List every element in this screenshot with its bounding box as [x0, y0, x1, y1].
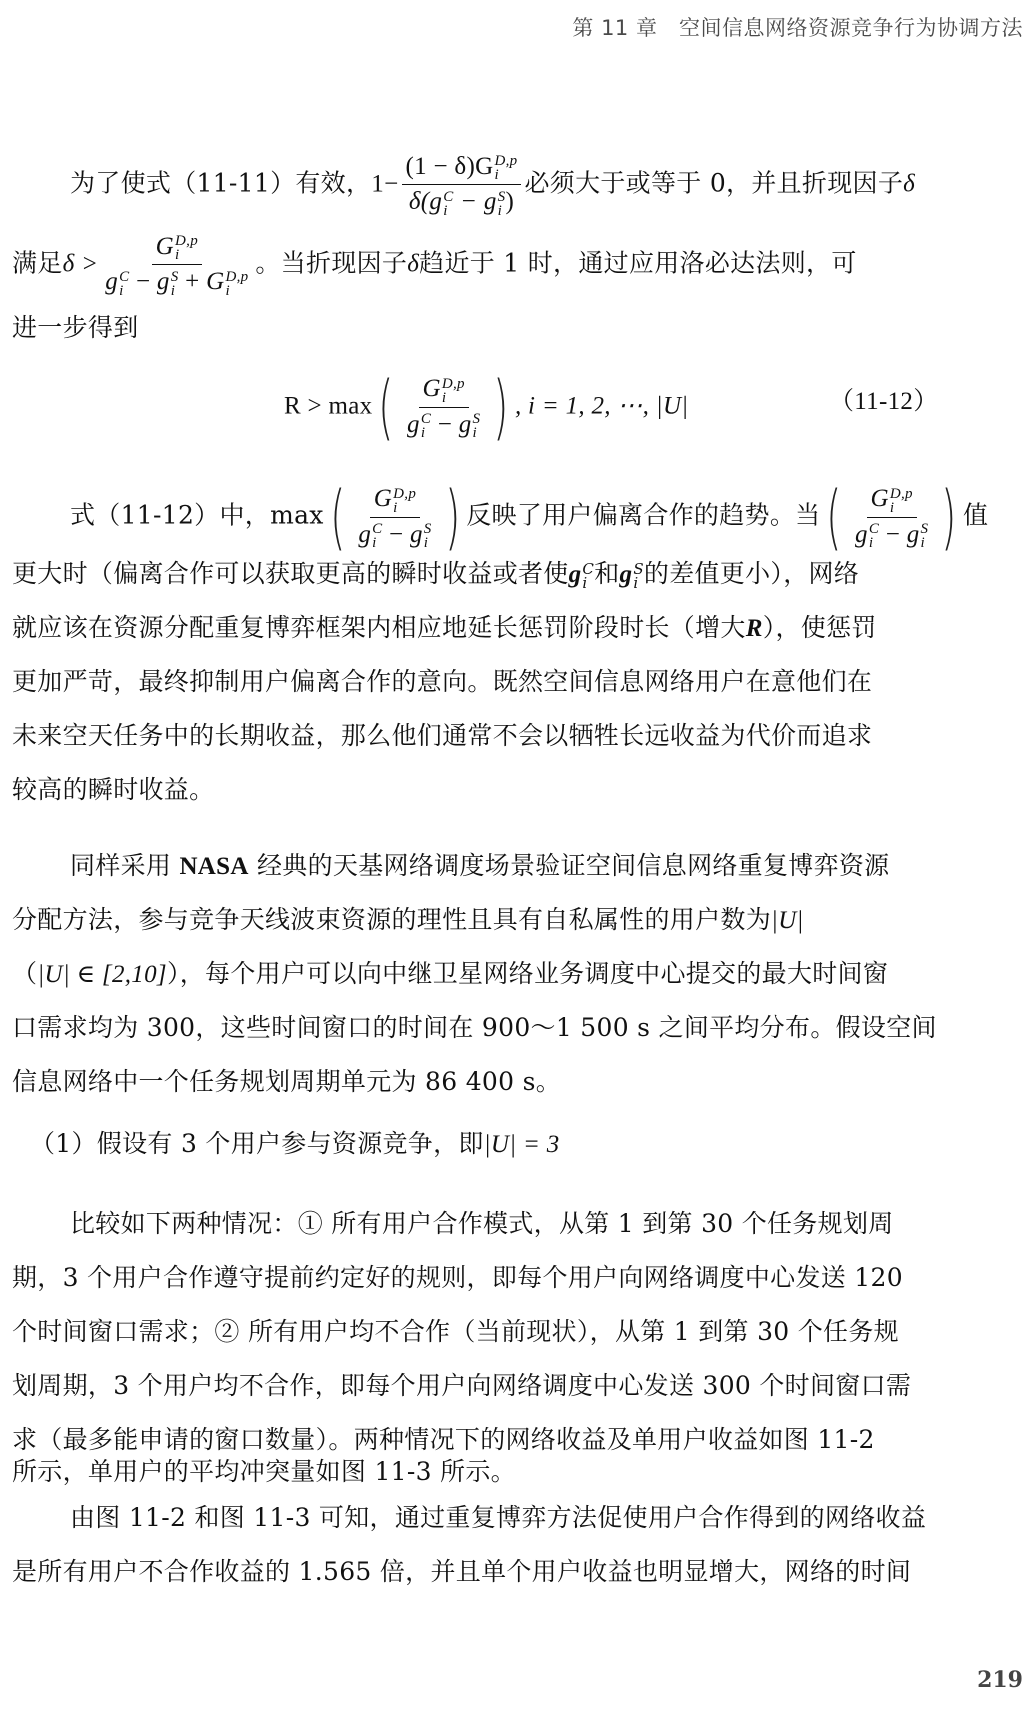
list-item-1: （1）假设有 3 个用户参与资源竞争，即|U| = 3 — [30, 1128, 1021, 1161]
sub: i — [372, 536, 382, 550]
g: g — [157, 268, 170, 295]
chapter-number: 第 11 章 — [572, 16, 657, 40]
sub: i — [443, 204, 453, 218]
G: G — [374, 485, 392, 512]
sup: S — [171, 270, 179, 284]
plus: + — [185, 268, 199, 295]
math-one: 1 — [371, 170, 384, 197]
paragraph-6-line-1: 由图 11-2 和图 11-3 可知，通过重复博弈方法促使用户合作得到的网络收益 — [70, 1502, 1021, 1534]
sub: i — [421, 426, 431, 440]
paragraph-3-line-1: 同样采用 NASA 经典的天基网络调度场景验证空间信息网络重复博弈资源 — [70, 850, 1021, 883]
paragraph-3-line-5: 信息网络中一个任务规划周期单元为 86 400 s。 — [12, 1066, 1021, 1098]
frac-den-close: ) — [505, 188, 514, 215]
text: 同样采用 — [70, 851, 171, 880]
sub: i — [119, 284, 129, 298]
text: 为了使式（11-11）有效， — [70, 168, 371, 197]
paragraph-3-line-4: 口需求均为 300，这些时间窗口的时间在 900～1 500 s 之间平均分布。… — [12, 1012, 1021, 1044]
chapter-title: 空间信息网络资源竞争行为协调方法 — [679, 16, 1023, 40]
text: 就应该在资源分配重复博弈框架内相应地延长惩罚阶段时长（增大 — [12, 613, 746, 642]
g: g — [620, 561, 633, 588]
frac-den: δ(g — [409, 188, 442, 215]
sub: i — [582, 576, 594, 590]
sub: i — [393, 501, 416, 515]
paragraph-2-line-3: 就应该在资源分配重复博弈框架内相应地延长惩罚阶段时长（增大R），使惩罚 — [12, 612, 1021, 645]
g: g — [358, 521, 371, 548]
text: 。当折现因子 — [255, 248, 407, 277]
minus-sign: − — [384, 170, 398, 197]
fraction-delta-bound: GD,pi gCi − gSi + GD,pi — [101, 232, 252, 298]
math: |U| = 3 — [484, 1131, 560, 1158]
sub: i — [869, 536, 879, 550]
g: g — [855, 521, 868, 548]
sup: C — [869, 522, 879, 536]
paragraph-6-line-2: 是所有用户不合作收益的 1.565 倍，并且单个用户收益也明显增大，网络的时间 — [12, 1556, 1021, 1588]
text: 分配方法，参与竞争天线波束资源的理性且具有自私属性的用户数为 — [12, 905, 771, 934]
paragraph-3-line-2: 分配方法，参与竞争天线波束资源的理性且具有自私属性的用户数为|U| — [12, 904, 1021, 937]
right-paren: ) — [942, 482, 957, 552]
sup: D,p — [175, 234, 198, 248]
paragraph-1-line-2: 满足δ > GD,pi gCi − gSi + GD,pi 。当折现因子δ趋近于… — [12, 232, 1021, 298]
running-header: 第 11 章 空间信息网络资源竞争行为协调方法 — [572, 12, 1023, 42]
R-symbol: R — [746, 615, 763, 642]
paragraph-5-line-4: 划周期，3 个用户均不合作，即每个用户向网络调度中心发送 300 个时间窗口需 — [12, 1370, 1021, 1402]
minus: − — [886, 521, 900, 548]
text: （ — [12, 959, 37, 988]
paragraph-2-line-1: 式（11-12）中，max( GD,pi gCi − gSi )反映了用户偏离合… — [70, 482, 1021, 552]
text: 的差值更小），网络 — [644, 559, 859, 588]
sup: D,p — [890, 487, 913, 501]
paragraph-5-line-5: 求（最多能申请的窗口数量）。两种情况下的网络收益及单用户收益如图 11-2 — [12, 1424, 1021, 1456]
sub: i — [424, 536, 432, 550]
g: g — [407, 411, 420, 438]
sup: S — [473, 412, 481, 426]
paragraph-1-line-3: 进一步得到 — [12, 312, 1021, 344]
paragraph-2-line-6: 较高的瞬时收益。 — [12, 774, 1021, 806]
sub: i — [171, 284, 179, 298]
sub: i — [633, 576, 644, 590]
paragraph-5-line-6: 所示，单用户的平均冲突量如图 11-3 所示。 — [12, 1456, 1021, 1488]
sup: D,p — [494, 154, 517, 168]
G: G — [871, 485, 889, 512]
paragraph-5-line-3: 个时间窗口需求；② 所有用户均不合作（当前现状），从第 1 到第 30 个任务规 — [12, 1316, 1021, 1348]
text: 趋近于 1 时，通过应用洛必达法则，可 — [419, 248, 857, 277]
fraction: GD,pi gCi − gSi — [851, 484, 932, 550]
sup: D,p — [393, 487, 416, 501]
equation-number: （11-12） — [829, 372, 1021, 432]
left-paren: ( — [330, 482, 345, 552]
paragraph-2-line-2: 更大时（偏离合作可以获取更高的瞬时收益或者使gCi和gSi的差值更小），网络 — [12, 558, 1021, 591]
right-paren: ) — [445, 482, 460, 552]
G: G — [156, 233, 174, 260]
text: 式（11-12）中，max — [70, 501, 324, 530]
eq-fraction: GD,pi gCi − gSi — [403, 374, 484, 440]
sub: i — [175, 248, 198, 262]
nasa: NASA — [179, 853, 248, 880]
eq-rhs: , i = 1, 2, ⋯, |U| — [515, 393, 689, 420]
sub: i — [225, 284, 248, 298]
text: 和 — [594, 559, 619, 588]
text: 满足 — [12, 248, 63, 277]
sup: C — [443, 190, 453, 204]
delta-symbol: δ — [903, 170, 915, 197]
g: g — [569, 561, 582, 588]
sub: i — [890, 501, 913, 515]
paragraph-2-line-5: 未来空天任务中的长期收益，那么他们通常不会以牺牲长远收益为代价而追求 — [12, 720, 1021, 752]
sup: S — [424, 522, 432, 536]
g: g — [105, 268, 118, 295]
user-count: |U| — [771, 907, 804, 934]
right-paren: ) — [494, 372, 509, 442]
text: 值 — [963, 501, 988, 530]
text: 反映了用户偏离合作的趋势。当 — [466, 501, 820, 530]
G: G — [423, 375, 441, 402]
text: ），使惩罚 — [763, 613, 877, 642]
g: g — [907, 521, 920, 548]
paragraph-1-line-1: 为了使式（11-11）有效，1− (1 − δ)GD,pi δ(gCi − gS… — [70, 152, 1021, 218]
text: ），每个用户可以向中继卫星网络业务调度中心提交的最大时间窗 — [167, 959, 888, 988]
paragraph-3-line-3: （|U| ∈ [2,10]），每个用户可以向中继卫星网络业务调度中心提交的最大时… — [12, 958, 1021, 991]
g: g — [410, 521, 423, 548]
sup: D,p — [442, 377, 465, 391]
text: 必须大于或等于 0，并且折现因子 — [524, 168, 903, 197]
eq-lhs: R > max — [284, 393, 372, 420]
sup: C — [372, 522, 382, 536]
sub: i — [442, 391, 465, 405]
left-paren: ( — [827, 482, 842, 552]
minus: − — [136, 268, 150, 295]
sub: i — [921, 536, 929, 550]
equation-11-12: R > max( GD,pi gCi − gSi ), i = 1, 2, ⋯,… — [284, 372, 1021, 442]
minus: − — [389, 521, 403, 548]
inequality: δ > — [63, 250, 99, 277]
frac-num: (1 − δ)G — [406, 153, 494, 180]
text: 更大时（偏离合作可以获取更高的瞬时收益或者使 — [12, 559, 569, 588]
sub: i — [494, 168, 517, 182]
frac-den-mid: − g — [454, 188, 497, 215]
user-range: |U| ∈ [2,10] — [37, 961, 167, 988]
text: （1）假设有 3 个用户参与资源竞争，即 — [30, 1129, 484, 1158]
sup: D,p — [225, 270, 248, 284]
G: G — [206, 268, 224, 295]
sup: S — [921, 522, 929, 536]
fraction: GD,pi gCi − gSi — [354, 484, 435, 550]
paragraph-2-line-4: 更加严苛，最终抑制用户偏离合作的意向。既然空间信息网络用户在意他们在 — [12, 666, 1021, 698]
fraction-condition: (1 − δ)GD,pi δ(gCi − gSi) — [402, 152, 522, 218]
text: 经典的天基网络调度场景验证空间信息网络重复博弈资源 — [257, 851, 890, 880]
sub: i — [473, 426, 481, 440]
delta-symbol: δ — [407, 250, 419, 277]
page-number: 219 — [977, 1667, 1023, 1693]
g: g — [459, 411, 472, 438]
sup: C — [421, 412, 431, 426]
paragraph-5-line-2: 期，3 个用户合作遵守提前约定好的规则，即每个用户向网络调度中心发送 120 — [12, 1262, 1021, 1294]
minus: − — [438, 411, 452, 438]
sup: C — [119, 270, 129, 284]
paragraph-5-line-1: 比较如下两种情况：① 所有用户合作模式，从第 1 到第 30 个任务规划周 — [70, 1208, 1021, 1240]
left-paren: ( — [379, 372, 394, 442]
